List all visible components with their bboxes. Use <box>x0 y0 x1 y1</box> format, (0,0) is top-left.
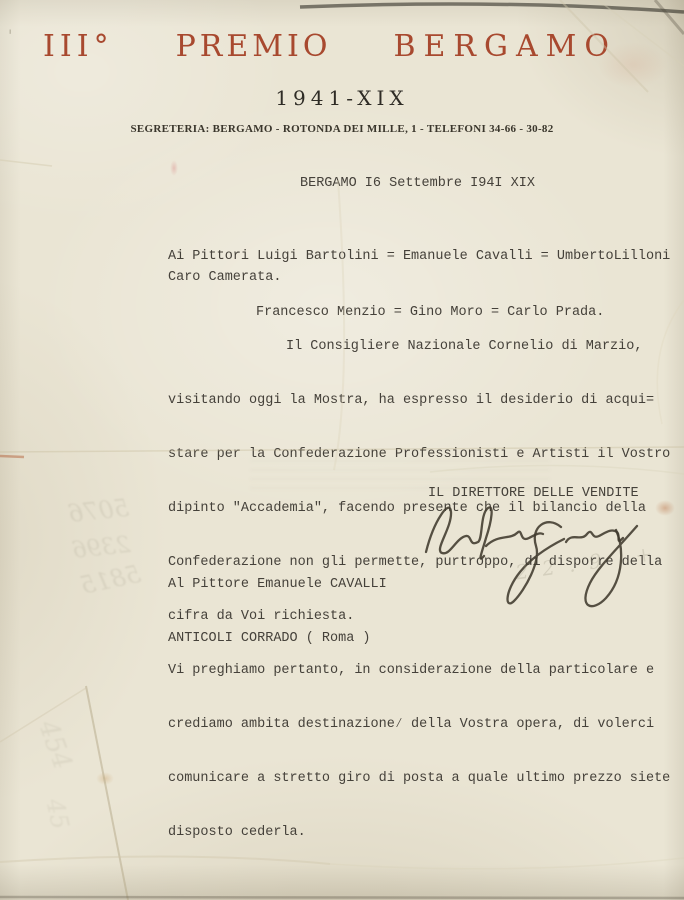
paper-creases-overlay <box>0 0 684 900</box>
scanned-letter-page: III° PREMIO BERGAMO 1941-XIX SEGRETERIA:… <box>0 0 684 900</box>
